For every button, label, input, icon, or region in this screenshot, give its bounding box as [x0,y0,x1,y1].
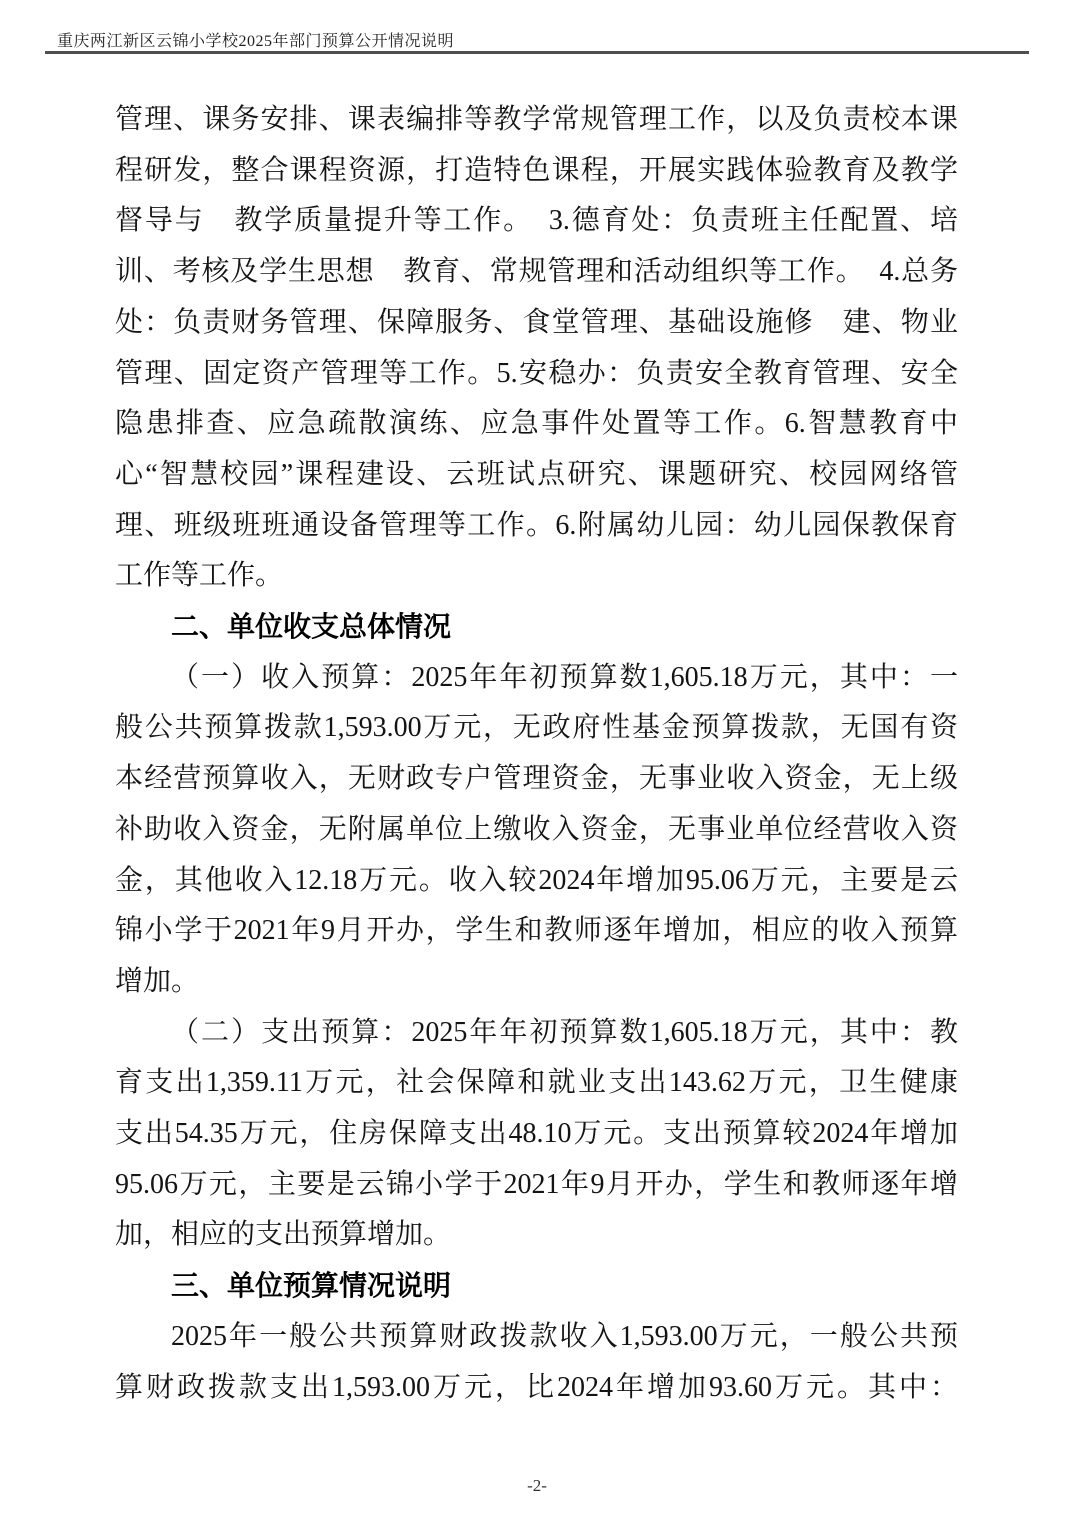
text-line: 程研发，整合课程资源，打造特色课程，开展实践体验教育及教学 [115,146,958,197]
document-body: 管理、课务安排、课表编排等教学常规管理工作，以及负责校本课程研发，整合课程资源，… [115,95,958,1413]
text-line: 加，相应的支出预算增加。 [115,1210,958,1261]
text-line: 隐患排查、应急疏散演练、应急事件处置等工作。6.智慧教育中 [115,399,958,450]
section-heading: 三、单位预算情况说明 [115,1261,958,1312]
text-line: 处：负责财务管理、保障服务、食堂管理、基础设施修 建、物业 [115,298,958,349]
text-line: 训、考核及学生思想 教育、常规管理和活动组织等工作。 4.总务 [115,247,958,298]
text-line: 工作等工作。 [115,551,958,602]
text-line: 2025年一般公共预算财政拨款收入1,593.00万元，一般公共预 [115,1312,958,1363]
header-divider [45,51,1029,54]
text-line: 管理、课务安排、课表编排等教学常规管理工作，以及负责校本课 [115,95,958,146]
document-page: 重庆两江新区云锦小学校2025年部门预算公开情况说明 管理、课务安排、课表编排等… [0,0,1074,1520]
section-heading: 二、单位收支总体情况 [115,602,958,653]
text-line: 95.06万元，主要是云锦小学于2021年9月开办，学生和教师逐年增 [115,1160,958,1211]
page-number: -2- [0,1476,1074,1496]
header-title: 重庆两江新区云锦小学校2025年部门预算公开情况说明 [57,28,454,51]
text-line: 般公共预算拨款1,593.00万元，无政府性基金预算拨款，无国有资 [115,703,958,754]
text-line: 管理、固定资产管理等工作。5.安稳办：负责安全教育管理、安全 [115,349,958,400]
text-line: 督导与 教学质量提升等工作。 3.德育处：负责班主任配置、培 [115,196,958,247]
text-line: 支出54.35万元，住房保障支出48.10万元。支出预算较2024年增加 [115,1109,958,1160]
text-line: 心“智慧校园”课程建设、云班试点研究、课题研究、校园网络管 [115,450,958,501]
text-line: （二）支出预算：2025年年初预算数1,605.18万元，其中：教 [115,1008,958,1059]
text-line: 算财政拨款支出1,593.00万元，比2024年增加93.60万元。其中： [115,1363,958,1414]
text-line: 补助收入资金，无附属单位上缴收入资金，无事业单位经营收入资 [115,805,958,856]
text-line: 金，其他收入12.18万元。收入较2024年增加95.06万元，主要是云 [115,856,958,907]
text-line: 锦小学于2021年9月开办，学生和教师逐年增加，相应的收入预算 [115,906,958,957]
text-line: 理、班级班班通设备管理等工作。6.附属幼儿园：幼儿园保教保育 [115,501,958,552]
text-line: 增加。 [115,957,958,1008]
text-line: 本经营预算收入，无财政专户管理资金，无事业收入资金，无上级 [115,754,958,805]
text-line: 育支出1,359.11万元，社会保障和就业支出143.62万元，卫生健康 [115,1058,958,1109]
text-line: （一）收入预算：2025年年初预算数1,605.18万元，其中：一 [115,653,958,704]
